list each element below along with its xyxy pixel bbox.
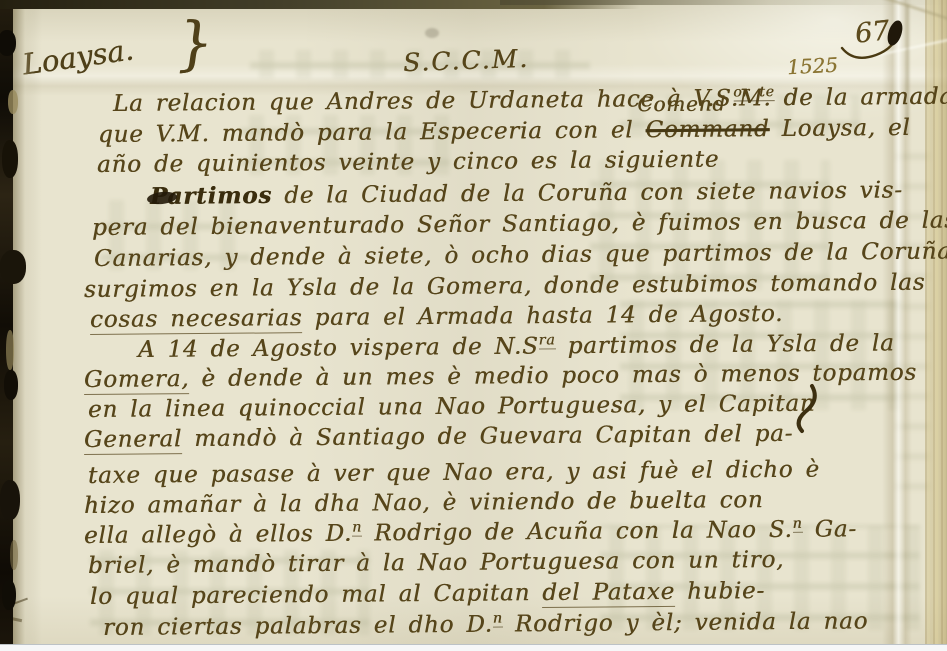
manuscript-line: año de quinientos veinte y cinco es la s… bbox=[97, 147, 719, 178]
text-part-ul: cosas necesarias bbox=[90, 305, 303, 335]
smudge-mark bbox=[425, 28, 439, 38]
text-part-sup: n bbox=[792, 516, 802, 533]
text-part: para el Armada hasta 14 de Agosto. bbox=[302, 301, 783, 331]
royal-heading: S.C.C.M. bbox=[403, 44, 530, 77]
text-part: lo qual pareciendo mal al Capitan bbox=[90, 580, 542, 610]
binding-tear bbox=[0, 250, 26, 284]
binding-tear bbox=[0, 480, 20, 520]
scan-frame-bottom bbox=[0, 644, 947, 651]
text-part: ron ciertas palabras el dho D. bbox=[103, 612, 493, 641]
text-part: hubie- bbox=[675, 578, 765, 605]
ink-blot bbox=[885, 20, 905, 47]
text-part-ul: del Pataxe bbox=[542, 579, 675, 608]
binding-tear bbox=[2, 140, 18, 178]
text-part: Rodrigo y èl; venida la nao bbox=[503, 608, 869, 637]
text-part-ul: Gomera, bbox=[84, 366, 190, 395]
text-part: A 14 de Agosto vispera de N.S bbox=[138, 334, 539, 363]
text-part-ins-sup: or te bbox=[733, 84, 775, 101]
inline-correction: CommandComendor te bbox=[645, 116, 769, 143]
brace-mark: } bbox=[175, 13, 215, 73]
text-part-sup: n bbox=[352, 520, 362, 537]
text-part: que V.M. mandò para la Especeria con el bbox=[98, 117, 646, 148]
text-part-sup: ra bbox=[538, 333, 555, 350]
manuscript-line: lo qual pareciendo mal al Capitan del Pa… bbox=[90, 578, 765, 610]
text-part-sup: n bbox=[493, 611, 503, 628]
binding-patch bbox=[8, 90, 18, 114]
binding-tear bbox=[4, 370, 18, 400]
pen-flourish bbox=[792, 382, 818, 436]
binding-patch bbox=[10, 540, 18, 570]
text-part: partimos de la Ysla de la bbox=[555, 330, 894, 359]
text-part: de la Ciudad de la Coruña con siete navi… bbox=[272, 177, 903, 209]
text-part: ella allegò à ellos D. bbox=[84, 521, 352, 549]
text-part: mandò à Santiago de Guevara Capitan del … bbox=[182, 421, 793, 452]
year-annotation: 1525 bbox=[786, 53, 838, 80]
binding-patch bbox=[6, 330, 14, 370]
text-part-struck: Command bbox=[645, 116, 769, 143]
scanned-manuscript-page: Loaysa. } S.C.C.M. 67 1525 La relacion q… bbox=[0, 0, 947, 651]
text-part: Ga- bbox=[802, 516, 857, 542]
binding-tear bbox=[2, 580, 16, 610]
folio-flourish bbox=[838, 20, 912, 66]
text-part: Loaysa, el bbox=[769, 115, 910, 142]
text-part-ul: General bbox=[84, 426, 182, 455]
scan-edge-top-right bbox=[500, 0, 947, 5]
binding-tear bbox=[0, 30, 16, 56]
text-part: Rodrigo de Acuña con la Nao S. bbox=[362, 517, 793, 547]
text-part-ins: Comend bbox=[637, 92, 726, 117]
text-part: año de quinientos veinte y cinco es la s… bbox=[97, 147, 719, 178]
